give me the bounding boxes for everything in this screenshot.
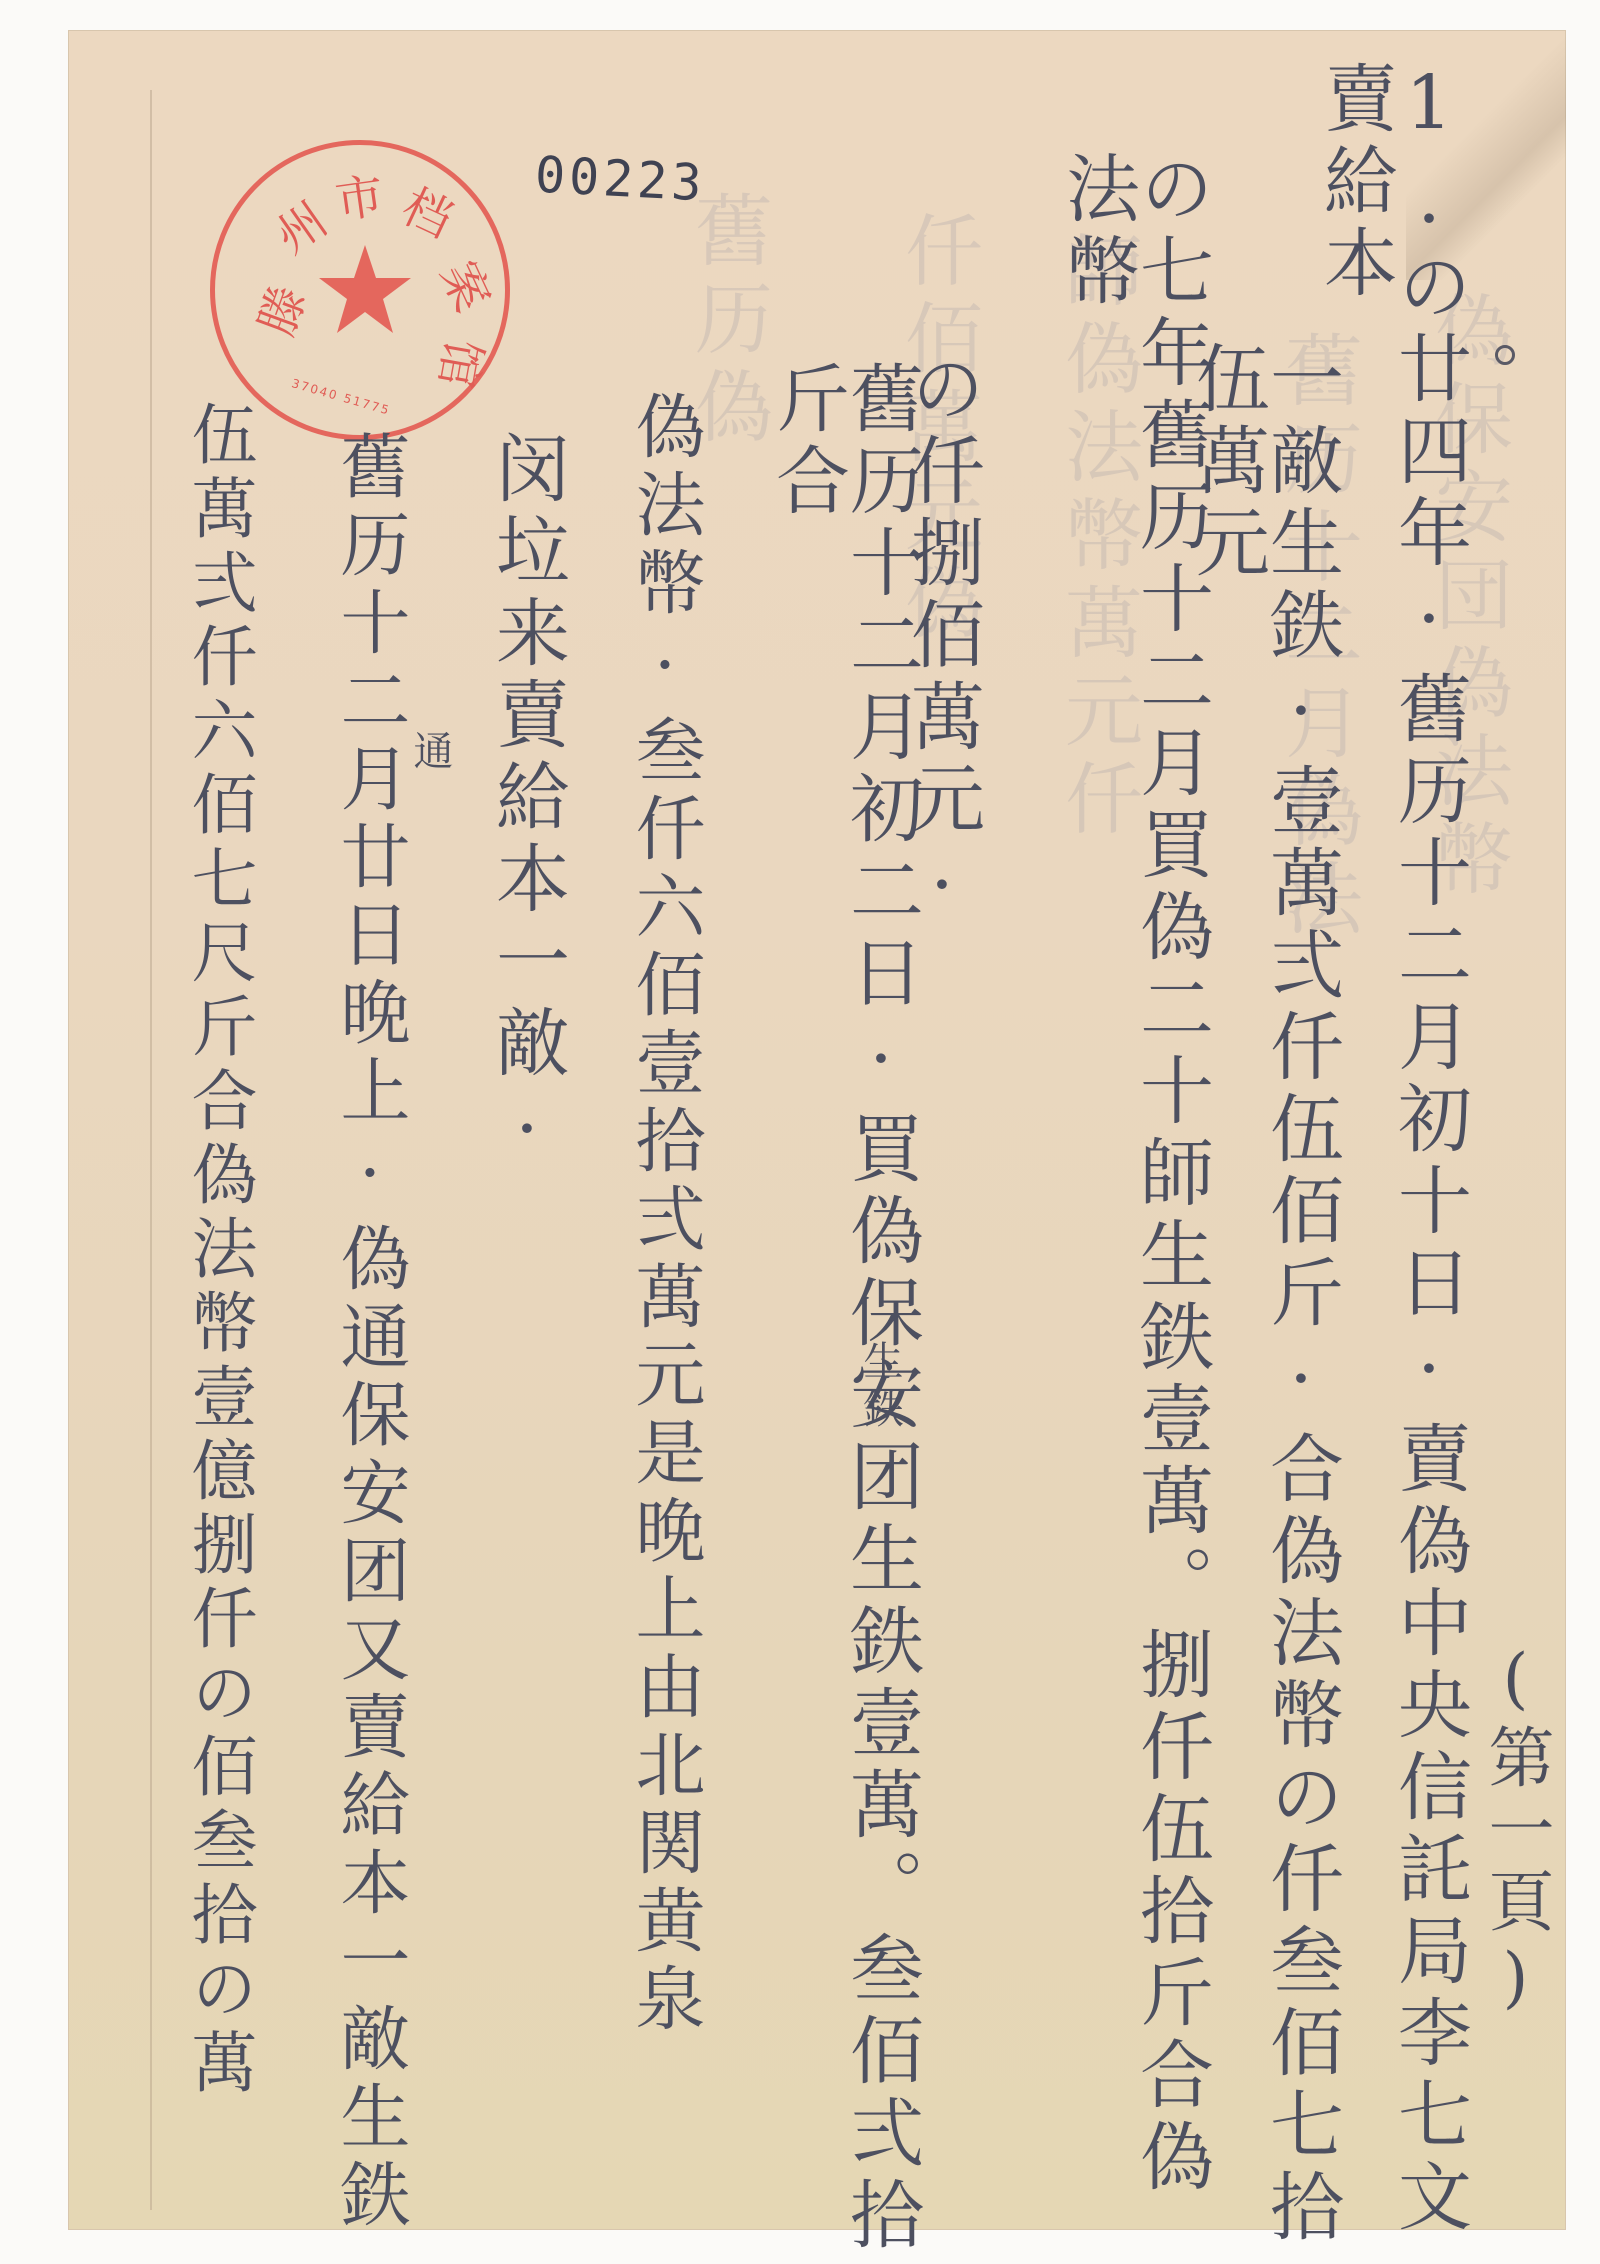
star-icon: [315, 240, 415, 340]
archive-stamp: 滕 州 市 档 案 馆 37040 51775: [210, 140, 510, 440]
stamp-char: 案: [428, 248, 511, 321]
text-column-9: 伍萬弍仟六佰七尺斤合偽法幣壹億捌仟の佰叁拾の萬: [185, 400, 251, 2102]
ink-circle-mark: [1495, 345, 1515, 365]
serial-number: 00223: [534, 146, 707, 213]
text-column-7: 闵垃来賣給本一敵·: [490, 430, 564, 1180]
text-column-3: の七年舊历十二月買偽二十師生鉄壹萬。捌仟伍拾斤合偽法幣: [1060, 150, 1208, 2264]
margin-annotation: 通: [410, 730, 450, 778]
page-number-note: (第一頁): [1468, 1640, 1563, 2022]
stamp-char: 市: [330, 157, 387, 232]
text-column-6: 偽法幣·叁仟六佰壹拾弍萬元是晚上由北関黄泉: [630, 390, 700, 2040]
stamp-char: 档: [393, 168, 466, 251]
text-column-5: 舊历十二月初二日·買偽保安团生鉄壹萬。叁佰弍拾斤合: [770, 360, 918, 2264]
stamp-char: 馆: [426, 335, 502, 394]
text-column-8: 舊历十二月廿日晚上·偽通保安团又賣給本一敵生鉄: [335, 430, 405, 2236]
stamp-char: 滕: [238, 275, 319, 344]
margin-annotation: 生鉄: [860, 1340, 900, 1436]
stamp-code: 37040 51775: [290, 376, 392, 418]
